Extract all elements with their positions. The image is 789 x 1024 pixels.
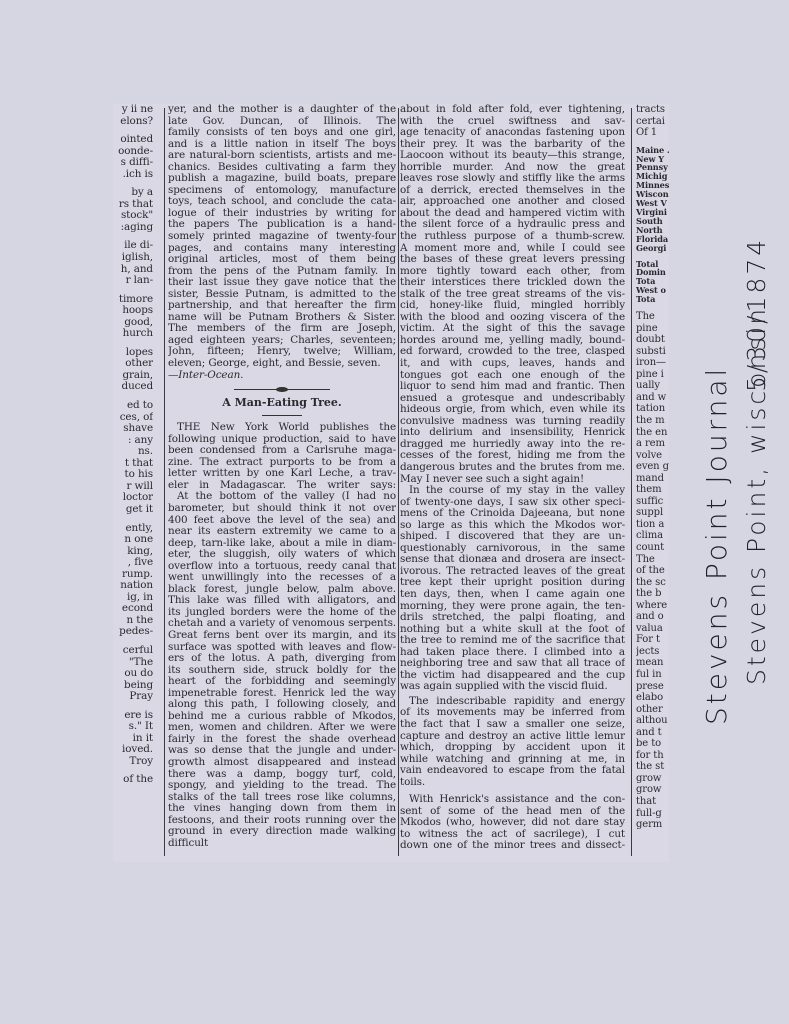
fragment-line: mand	[636, 473, 669, 485]
fragment-line: full-g	[636, 808, 669, 820]
fragment-line: grow	[636, 784, 669, 796]
ornament-divider	[234, 389, 330, 390]
text-line: was again supplied with the viscid fluid…	[400, 681, 625, 693]
paragraph-4: With Henrick's assistance and the con-se…	[400, 794, 625, 852]
text-line: of the	[113, 774, 153, 786]
text-line: vain endeavored to escape from the fatal	[400, 765, 625, 777]
text-line: heart of the forbidding and seemingly	[168, 676, 396, 688]
text-line: the ruthless purpose of a thumb-screw.	[400, 231, 625, 243]
fragment-line: ful in	[636, 669, 669, 681]
fragment-line: the st	[636, 761, 669, 773]
text-line: get it	[113, 504, 153, 516]
text-line: shave	[113, 423, 153, 435]
text-line: age tenacity of anacondas fastening upon	[400, 127, 625, 139]
text-line: dangerous brutes and the brutes from me.	[400, 462, 625, 474]
fragment-line: the b	[636, 588, 669, 600]
text-line: Laocoon without its beauty—this strange,	[400, 150, 625, 162]
text-line: cerful	[113, 645, 153, 657]
fragment-line: suffic	[636, 496, 669, 508]
text-line: , five	[113, 557, 153, 569]
text-line: the vines hanging down from them in	[168, 803, 396, 815]
text-line: ed to	[113, 400, 153, 412]
text-line: are natural-born scientists, artists and…	[168, 150, 396, 162]
fragment-line: For t	[636, 634, 669, 646]
fragment-line: valua	[636, 623, 669, 635]
left-margin-fragments: y ii neelons?ointedoonde-s diffi-.ich is…	[113, 104, 153, 856]
text-line: the fact that I saw a smaller one seize,	[400, 719, 625, 731]
text-line: the tree to remind me of the sacrifice t…	[400, 635, 625, 647]
fragment-line: doubt	[636, 334, 669, 346]
column-rule-right	[631, 108, 632, 856]
text-line: iglish,	[113, 252, 153, 264]
text-line: drils stretched, the palpi floating, and	[400, 612, 625, 624]
text-line: toils.	[400, 777, 625, 789]
column-rule-middle	[398, 108, 399, 856]
fragment-line: pine	[636, 323, 669, 335]
fragment-line: Of 1	[636, 127, 669, 139]
text-line: ten days, then, when I came again one	[400, 589, 625, 601]
handwritten-annotation-line1: Stevens Point Journal	[700, 366, 733, 725]
article-title: A Man-Eating Tree.	[168, 396, 396, 409]
fragment-line: them	[636, 484, 669, 496]
fragment-line: iron—	[636, 357, 669, 369]
text-line: duced	[113, 381, 153, 393]
fragment-line: volve	[636, 450, 669, 462]
text-line: difficult	[168, 838, 396, 850]
newspaper-clipping: y ii neelons?ointedoonde-s diffi-.ich is…	[113, 104, 669, 862]
fragment-line: suppl	[636, 507, 669, 519]
text-line: family consists of ten boys and one girl…	[168, 127, 396, 139]
text-line: original articles, most of them being	[168, 254, 396, 266]
text-line: growth almost disappeared and instead	[168, 757, 396, 769]
fragment-line: of the	[636, 565, 669, 577]
fragment-line: a rem	[636, 438, 669, 450]
fragment-line: be to	[636, 738, 669, 750]
fragment-line: and w	[636, 392, 669, 404]
paragraph-2: In the course of my stay in the valleyof…	[400, 485, 625, 693]
text-line: THE New York World publishes the	[168, 422, 396, 434]
text-line: the bases of these great levers pressing	[400, 254, 625, 266]
fragment-line: and t	[636, 727, 669, 739]
fragment-line: where	[636, 600, 669, 612]
text-line: yer, and the mother is a daughter of the	[168, 104, 396, 116]
text-line: ers of the lotus. A path, diverging from	[168, 653, 396, 665]
fragment-line: pine i	[636, 369, 669, 381]
fragment-line: that	[636, 796, 669, 808]
man-eating-tree-article: THE New York World publishes thefollowin…	[168, 422, 396, 849]
fragment-line: other	[636, 704, 669, 716]
fragment-line: clima	[636, 530, 669, 542]
fragment-line: althou	[636, 715, 669, 727]
text-line: ointed	[113, 134, 153, 146]
text-line: barometer, but should think it not over	[168, 503, 396, 515]
spacer	[636, 304, 669, 311]
fragment-line: germ	[636, 819, 669, 831]
fragment-line: for th	[636, 750, 669, 762]
text-line: ou do	[113, 668, 153, 680]
fragment-line: tion a	[636, 519, 669, 531]
fragment-line: the en	[636, 427, 669, 439]
text-line: Troy	[113, 756, 153, 768]
text-line: :aging	[113, 222, 153, 234]
text-line: elons?	[113, 116, 153, 128]
text-line: y ii ne	[113, 104, 153, 116]
text-line: it, and with cups, leaves, hands and	[400, 358, 625, 370]
fragment-line: count	[636, 542, 669, 554]
text-line: somely printed magazine of twenty-four	[168, 231, 396, 243]
source-credit: —Inter-Ocean.	[168, 370, 396, 382]
text-line: Great ferns bent over its margin, and it…	[168, 630, 396, 642]
fragment-line: and o	[636, 611, 669, 623]
fragment-line: mean	[636, 657, 669, 669]
text-line: mens of the Crinoida Dajeeana, but none	[400, 508, 625, 520]
putnam-family-article: yer, and the mother is a daughter of the…	[168, 104, 396, 370]
text-line: .ich is	[113, 169, 153, 181]
text-line: In the course of my stay in the valley	[400, 485, 625, 497]
paragraph-1: about in fold after fold, ever tightenin…	[400, 104, 625, 485]
fragment-line: Georgi	[636, 244, 669, 253]
fragment-line: the m	[636, 415, 669, 427]
text-line: n one	[113, 534, 153, 546]
fragment-line: jects	[636, 646, 669, 658]
text-line: r lan-	[113, 275, 153, 287]
text-line: near its eastern extremity we came to a	[168, 526, 396, 538]
fragment-line: The	[636, 311, 669, 323]
right-column-fragments: tractscertaiOf 1Maine .New YPennsyMichig…	[636, 104, 669, 856]
fragment-line: tracts	[636, 104, 669, 116]
fragment-line: Tota	[636, 295, 669, 304]
title-rule	[262, 415, 302, 416]
fragment-line: tation	[636, 403, 669, 415]
fragment-line: ually	[636, 380, 669, 392]
fragment-line: grow	[636, 773, 669, 785]
column-1: yer, and the mother is a daughter of the…	[168, 104, 396, 856]
text-line: eleven; George, eight, and Bessie, seven…	[168, 358, 396, 370]
fragment-line: prese	[636, 681, 669, 693]
text-line: Pray	[113, 691, 153, 703]
text-line: hurch	[113, 328, 153, 340]
text-line: s diffi-	[113, 157, 153, 169]
column-2: about in fold after fold, ever tightenin…	[400, 104, 625, 856]
fragment-line: certai	[636, 116, 669, 128]
text-line: liquor to send him mad and frantic. Then	[400, 381, 625, 393]
fragment-line: The	[636, 554, 669, 566]
fragment-line: elabo	[636, 692, 669, 704]
text-line: which, dropping by accident upon it	[400, 742, 625, 754]
text-line: about in fold after fold, ever tightenin…	[400, 104, 625, 116]
text-line: spongy, and yielding to the tread. The	[168, 780, 396, 792]
handwritten-annotation-date: 5/30/1874	[742, 237, 771, 392]
text-line: eter, the sluggish, oily waters of which	[168, 549, 396, 561]
paragraph-3: The indescribable rapidity and energyof …	[400, 696, 625, 788]
text-line: pedes-	[113, 626, 153, 638]
text-line: down one of the minor trees and dissect-	[400, 840, 625, 852]
fragment-line: the sc	[636, 577, 669, 589]
fragment-line: substi	[636, 346, 669, 358]
fragment-line: even g	[636, 461, 669, 473]
column-rule-left	[164, 108, 165, 856]
